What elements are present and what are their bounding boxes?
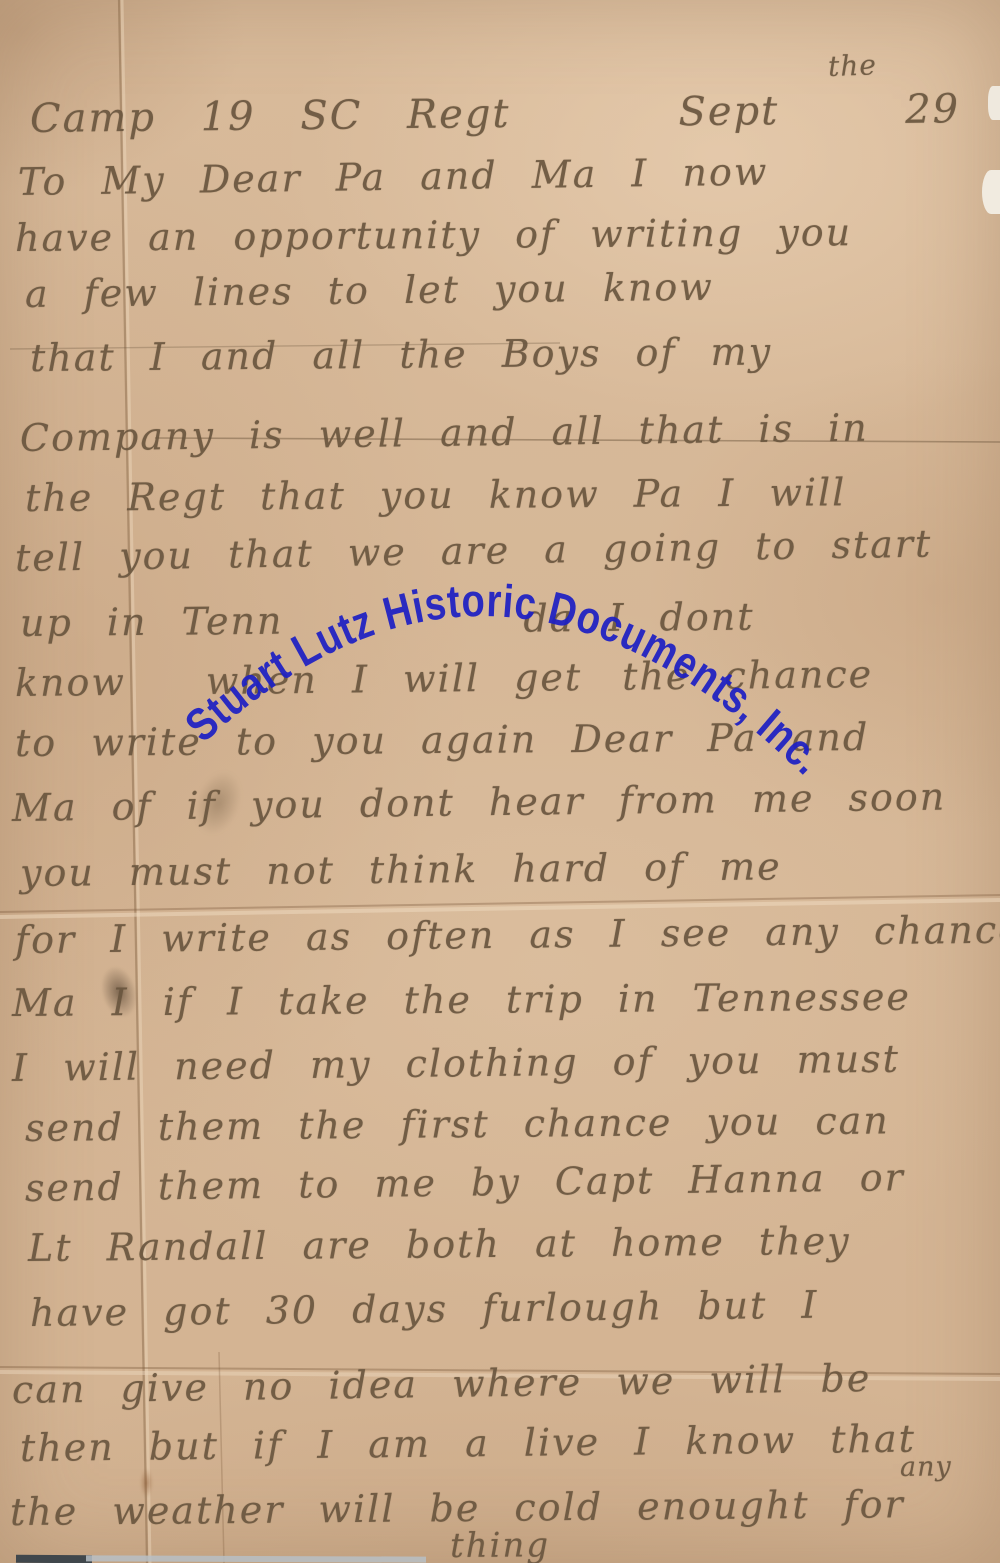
- letter-line: can give no idea where we will be: [12, 1356, 872, 1412]
- scan-edge-light-strip: [86, 1555, 426, 1562]
- letter-line: Company is well and all that is in: [20, 406, 869, 460]
- letter-line: have an opportunity of writing you: [15, 210, 852, 260]
- letter-line: Lt Randall are both at home they: [28, 1219, 851, 1270]
- letter-line: To My Dear Pa and Ma I now: [18, 150, 769, 204]
- letter-scan: Camp 19 SC Regt Sept 29 1864 the To My D…: [0, 0, 1000, 1563]
- letter-line: I will need my clothing of you must: [12, 1037, 900, 1090]
- letter-line: Ma of if you dont hear from me soon: [12, 775, 947, 830]
- letter-line: the Regt that you know Pa I will: [25, 470, 847, 520]
- letter-dateline: Camp 19 SC Regt Sept 29 1864: [30, 85, 1000, 142]
- letter-line: for I write as often as I see any chance: [15, 907, 1000, 962]
- superscript-the: the: [827, 48, 877, 83]
- letter-line: to write to you again Dear Pa and: [15, 715, 870, 765]
- letter-line: know when I will get the chance: [15, 652, 874, 705]
- letter-line: send them to me by Capt Hanna or: [25, 1155, 905, 1210]
- letter-line: that I and all the Boys of my: [30, 330, 772, 380]
- letter-line: then but if I am a live I know that: [20, 1417, 916, 1470]
- superscript-any: any: [900, 1451, 952, 1483]
- letter-line: send them the first chance you can: [25, 1098, 890, 1150]
- letter-line: have got 30 days furlough but I: [30, 1283, 819, 1335]
- letter-line: Ma I if I take the trip in Tennessee: [12, 975, 911, 1025]
- scan-edge-dark-strip: [16, 1555, 92, 1563]
- edge-tear: [982, 170, 1000, 214]
- letter-line: a few lines to let you know: [25, 265, 714, 316]
- letter-line: tell you that we are a going to start: [15, 522, 933, 580]
- letter-line: up in Tenn da I dont: [20, 595, 755, 645]
- letter-line: you must not think hard of me: [20, 844, 782, 895]
- letter-line: thing: [450, 1525, 550, 1563]
